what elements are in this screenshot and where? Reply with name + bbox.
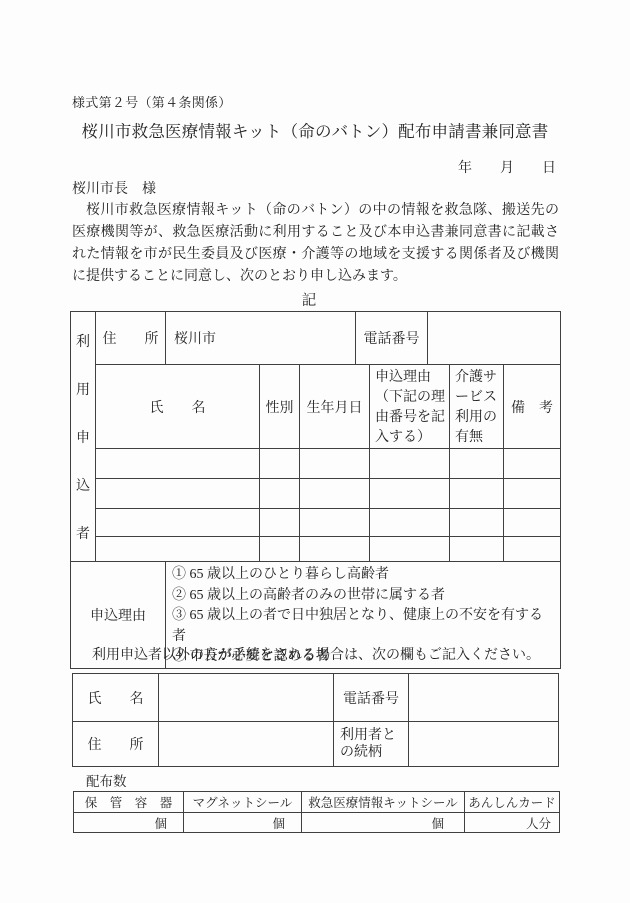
distribution-count-label: 配布数: [86, 770, 127, 790]
address-label: 住 所: [96, 312, 166, 365]
birthdate-cell: [300, 479, 370, 509]
name-cell: [96, 509, 260, 537]
remarks-cell: [504, 479, 561, 509]
distribution-table: 保 管 容 器 マグネットシール 救急医療情報キットシール あんしんカード 個 …: [73, 791, 560, 833]
applicant-row: [71, 479, 561, 509]
proxy-relation-cell: [409, 722, 559, 767]
consent-paragraph: 桜川市救急医療情報キット（命のバトン）の中の情報を救急隊、搬送先の医療機関等が、…: [72, 200, 559, 288]
gender-cell: [260, 479, 300, 509]
reason-item-3: ③ 65 歳以上の者で日中独居となり、健康上の不安を有する者: [172, 606, 556, 647]
reason-cell: [370, 449, 450, 479]
vertical-char: 込: [76, 475, 90, 495]
remarks-cell: [504, 509, 561, 537]
birthdate-cell: [300, 537, 370, 562]
gender-cell: [260, 509, 300, 537]
phone-value-cell: [428, 312, 561, 365]
reason-item-1: ① 65 歳以上のひとり暮らし高齢者: [172, 565, 556, 586]
date-line: 年 月 日: [72, 157, 558, 177]
anshin-card-header: あんしんカード: [465, 792, 560, 813]
document-page: 様式第２号（第４条関係） 桜川市救急医療情報キット（命のバトン）配布申請書兼同意…: [0, 0, 630, 903]
kit-seal-header: 救急医療情報キットシール: [302, 792, 465, 813]
proxy-name-cell: [159, 674, 334, 722]
care-cell: [450, 449, 504, 479]
document-title: 桜川市救急医療情報キット（命のバトン）配布申請書兼同意書: [0, 118, 630, 142]
magnet-seal-count-cell: 個: [184, 813, 302, 833]
reason-cell: [370, 509, 450, 537]
applicant-table: 利 用 申 込 者 住 所 桜川市 電話番号 氏 名 性別 生年月日 申込理由 …: [70, 311, 561, 669]
magnet-seal-header: マグネットシール: [184, 792, 302, 813]
proxy-address-label: 住 所: [73, 722, 159, 767]
proxy-relation-label: 利用者と の続柄: [334, 722, 409, 767]
birthdate-cell: [300, 509, 370, 537]
gender-header: 性別: [260, 365, 300, 449]
gender-cell: [260, 449, 300, 479]
care-cell: [450, 537, 504, 562]
anshin-card-count-cell: 人分: [465, 813, 560, 833]
vertical-char: 用: [76, 379, 90, 399]
container-count-cell: 個: [74, 813, 184, 833]
reason-item-2: ② 65 歳以上の高齢者のみの世帯に属する者: [172, 586, 556, 607]
phone-label: 電話番号: [356, 312, 428, 365]
remarks-cell: [504, 537, 561, 562]
vertical-char: 申: [76, 427, 90, 447]
proxy-table: 氏 名 電話番号 住 所 利用者と の続柄: [72, 673, 559, 767]
vertical-char: 者: [76, 523, 90, 543]
applicant-row: [71, 449, 561, 479]
proxy-phone-cell: [409, 674, 559, 722]
gender-cell: [260, 537, 300, 562]
reason-cell: [370, 479, 450, 509]
remarks-header: 備 考: [504, 365, 561, 449]
address-value: 桜川市: [166, 312, 356, 365]
birthdate-cell: [300, 449, 370, 479]
care-cell: [450, 479, 504, 509]
proxy-address-cell: [159, 722, 334, 767]
applicant-row: [71, 509, 561, 537]
proxy-note: 利用申込者以外の方が手続をされる場合は、次の欄もご記入ください。: [72, 644, 559, 664]
form-number: 様式第２号（第４条関係）: [72, 92, 232, 111]
name-cell: [96, 479, 260, 509]
name-cell: [96, 537, 260, 562]
container-header: 保 管 容 器: [74, 792, 184, 813]
addressee: 桜川市長 様: [72, 178, 156, 198]
name-cell: [96, 449, 260, 479]
reason-header: 申込理由 （下記の理 由番号を記 入する）: [370, 365, 450, 449]
reason-cell: [370, 537, 450, 562]
kit-seal-count-cell: 個: [302, 813, 465, 833]
proxy-name-label: 氏 名: [73, 674, 159, 722]
vertical-char: 利: [76, 331, 90, 351]
remarks-cell: [504, 449, 561, 479]
section-mark: 記: [72, 289, 546, 310]
name-header: 氏 名: [96, 365, 260, 449]
applicant-vertical-label: 利 用 申 込 者: [71, 312, 96, 562]
applicant-row: [71, 537, 561, 562]
birthdate-header: 生年月日: [300, 365, 370, 449]
care-service-header: 介護サ ービス 利用の 有無: [450, 365, 504, 449]
proxy-phone-label: 電話番号: [334, 674, 409, 722]
care-cell: [450, 509, 504, 537]
